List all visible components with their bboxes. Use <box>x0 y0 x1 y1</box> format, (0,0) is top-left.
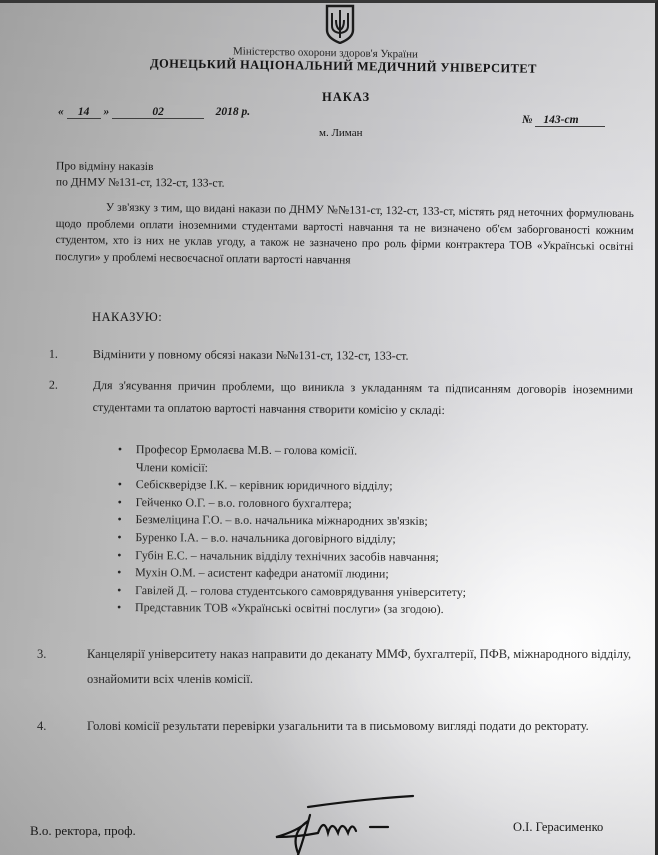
university-name: ДОНЕЦЬКИЙ НАЦІОНАЛЬНИЙ МЕДИЧНИЙ УНІВЕРСИ… <box>150 56 537 76</box>
ukraine-trident-icon <box>324 4 356 44</box>
order-date: « 14 » 02 2018 р. <box>58 106 250 119</box>
order-item-2: 2. Для з'ясування причин проблеми, що ви… <box>93 374 633 423</box>
commission-member: •Гейченко О.Г. – в.о. головного бухгалте… <box>118 494 467 514</box>
item-number: 3. <box>37 642 46 667</box>
item-text: Для з'ясування причин проблеми, що виник… <box>93 378 633 417</box>
document-page: Міністерство охорони здоров'я України ДО… <box>0 0 658 855</box>
commission-member: •Губін Е.С. – начальник відділу технічни… <box>117 547 466 567</box>
order-item-1: 1. Відмінити у повному обсязі накази №№1… <box>93 343 633 368</box>
date-open-quote: « <box>58 106 64 118</box>
commission-chair: • Професор Ермолаєва М.В. – голова коміс… <box>118 441 467 461</box>
date-month: 02 <box>112 106 204 119</box>
commission-member: •Представник ТОВ «Українські освітні пос… <box>117 599 466 619</box>
item-number: 2. <box>49 374 58 396</box>
commission-list: • Професор Ермолаєва М.В. – голова коміс… <box>117 441 467 619</box>
city: м. Лиман <box>319 127 362 139</box>
subject-line-1: Про відміну наказів <box>56 158 225 175</box>
commission-member: •Буренко І.А. – в.о. начальника договірн… <box>117 529 466 549</box>
orders-heading: НАКАЗУЮ: <box>92 310 162 325</box>
item-number: 4. <box>37 714 46 739</box>
number-value: 143-ст <box>535 114 605 127</box>
item-text: Відмінити у повному обсязі накази №№131-… <box>93 347 409 363</box>
order-subject: Про відміну наказів по ДНМУ №131-ст, 132… <box>56 158 225 191</box>
date-year: 2018 р. <box>216 106 251 118</box>
item-number: 1. <box>49 343 58 365</box>
bullet: • <box>118 441 122 459</box>
order-item-3: 3. Канцелярії університету наказ направи… <box>87 642 647 692</box>
number-label: № <box>522 114 533 126</box>
date-day: 14 <box>67 106 101 119</box>
preamble-text: У зв'язку з тим, що видані накази по ДНМ… <box>55 202 634 267</box>
item-text: Голові комісії результати перевірки узаг… <box>87 719 589 733</box>
order-item-4: 4. Голові комісії результати перевірки у… <box>87 714 647 739</box>
subject-line-2: по ДНМУ №131-ст, 132-ст, 133-ст. <box>56 174 225 191</box>
date-close-quote: » <box>104 106 110 118</box>
item-text: Канцелярії університету наказ направити … <box>87 647 631 686</box>
order-number: № 143-ст <box>522 114 605 127</box>
handwritten-signature-icon <box>268 793 418 855</box>
members-label: Члени комісії: <box>118 459 467 479</box>
commission-member: •Мухін О.М. – асистент кафедри анатомії … <box>117 564 466 584</box>
commission-member: •Себіскверідзе І.К. – керівник юридичног… <box>118 476 467 496</box>
document-type: НАКАЗ <box>322 90 370 105</box>
signatory-title: В.о. ректора, проф. <box>30 823 136 839</box>
commission-member: •Безмеліцина Г.О. – в.о. начальника міжн… <box>117 511 466 531</box>
preamble: У зв'язку з тим, що видані накази по ДНМ… <box>55 199 634 272</box>
commission-member: •Гавілей Д. – голова студентського самов… <box>117 582 466 602</box>
signatory-name: О.І. Герасименко <box>513 820 603 835</box>
